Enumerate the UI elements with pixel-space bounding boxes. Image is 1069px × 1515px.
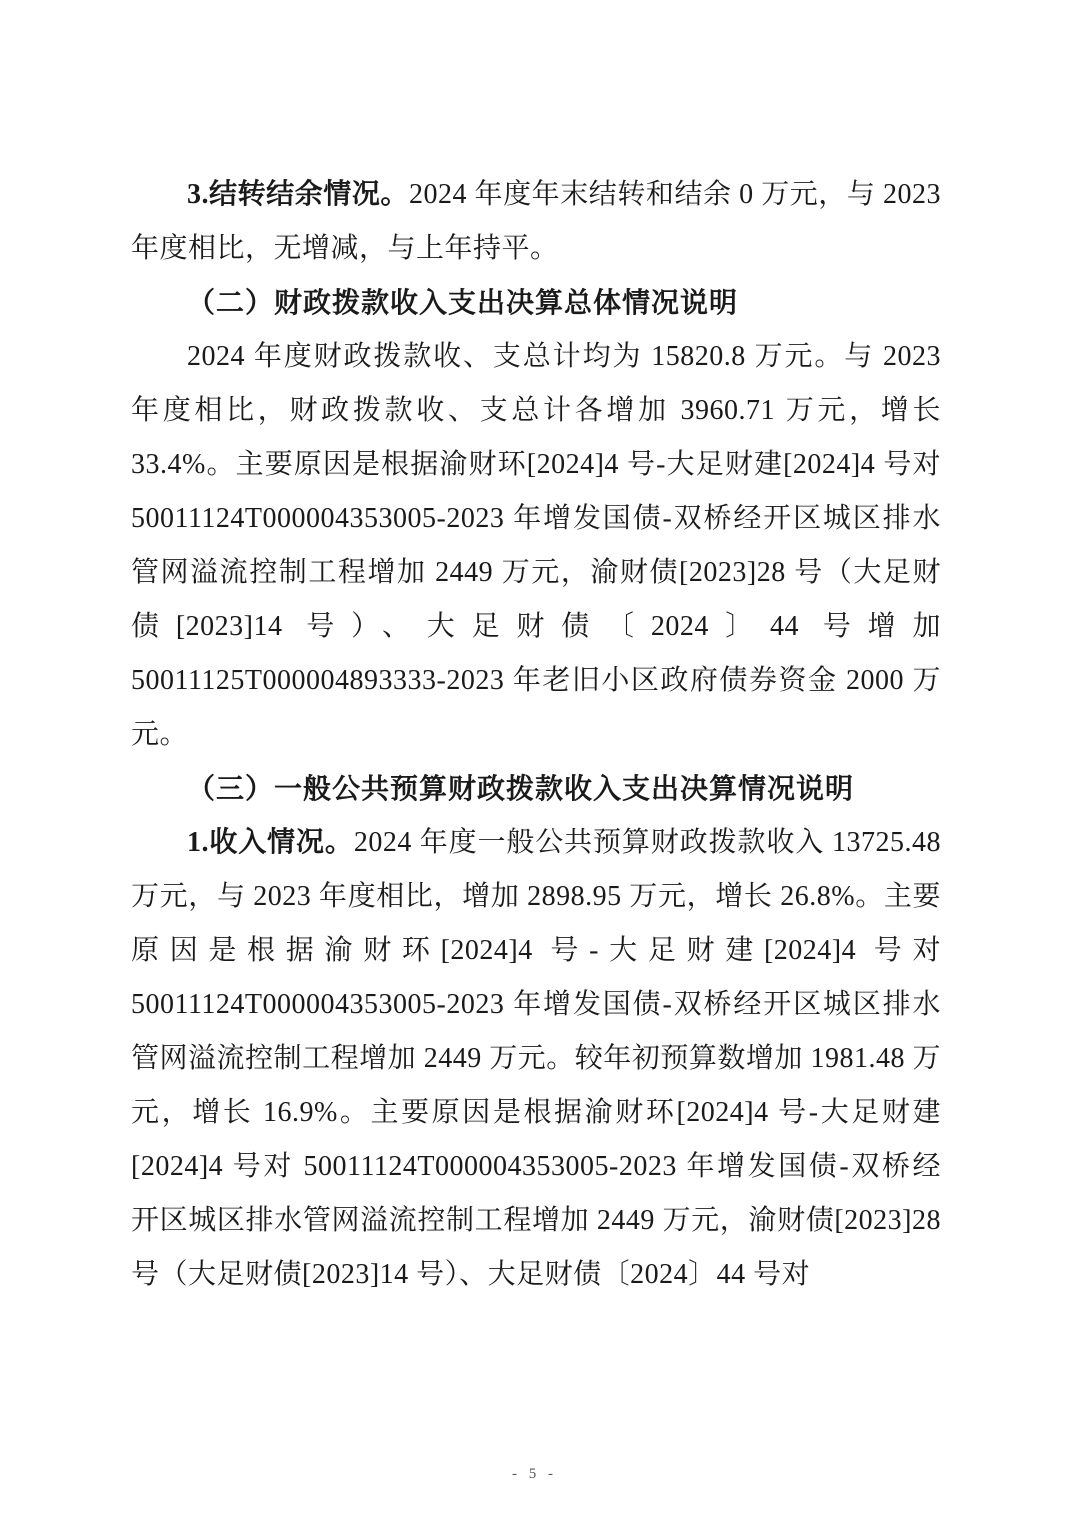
paragraph-income: 1.收入情况。2024 年度一般公共预算财政拨款收入 13725.48 万元，与… <box>131 816 941 1302</box>
paragraph-lead: 3.结转结余情况。 <box>187 179 409 210</box>
paragraph-text: 2024 年度财政拨款收、支总计均为 15820.8 万元。与 2023 年度相… <box>131 341 941 750</box>
document-page: 3.结转结余情况。2024 年度年末结转和结余 0 万元，与 2023 年度相比… <box>131 168 941 1302</box>
paragraph-fiscal-overall: 2024 年度财政拨款收、支总计均为 15820.8 万元。与 2023 年度相… <box>131 330 941 762</box>
paragraph-carryover-balance: 3.结转结余情况。2024 年度年末结转和结余 0 万元，与 2023 年度相比… <box>131 168 941 276</box>
section-heading-general-budget: （三）一般公共预算财政拨款收入支出决算情况说明 <box>131 762 941 816</box>
paragraph-lead: 1.收入情况。 <box>187 827 354 858</box>
section-heading-fiscal-overall: （二）财政拨款收入支出决算总体情况说明 <box>131 276 941 330</box>
page-number: - 5 - <box>0 1466 1069 1483</box>
paragraph-text: 2024 年度一般公共预算财政拨款收入 13725.48 万元，与 2023 年… <box>131 827 941 1290</box>
